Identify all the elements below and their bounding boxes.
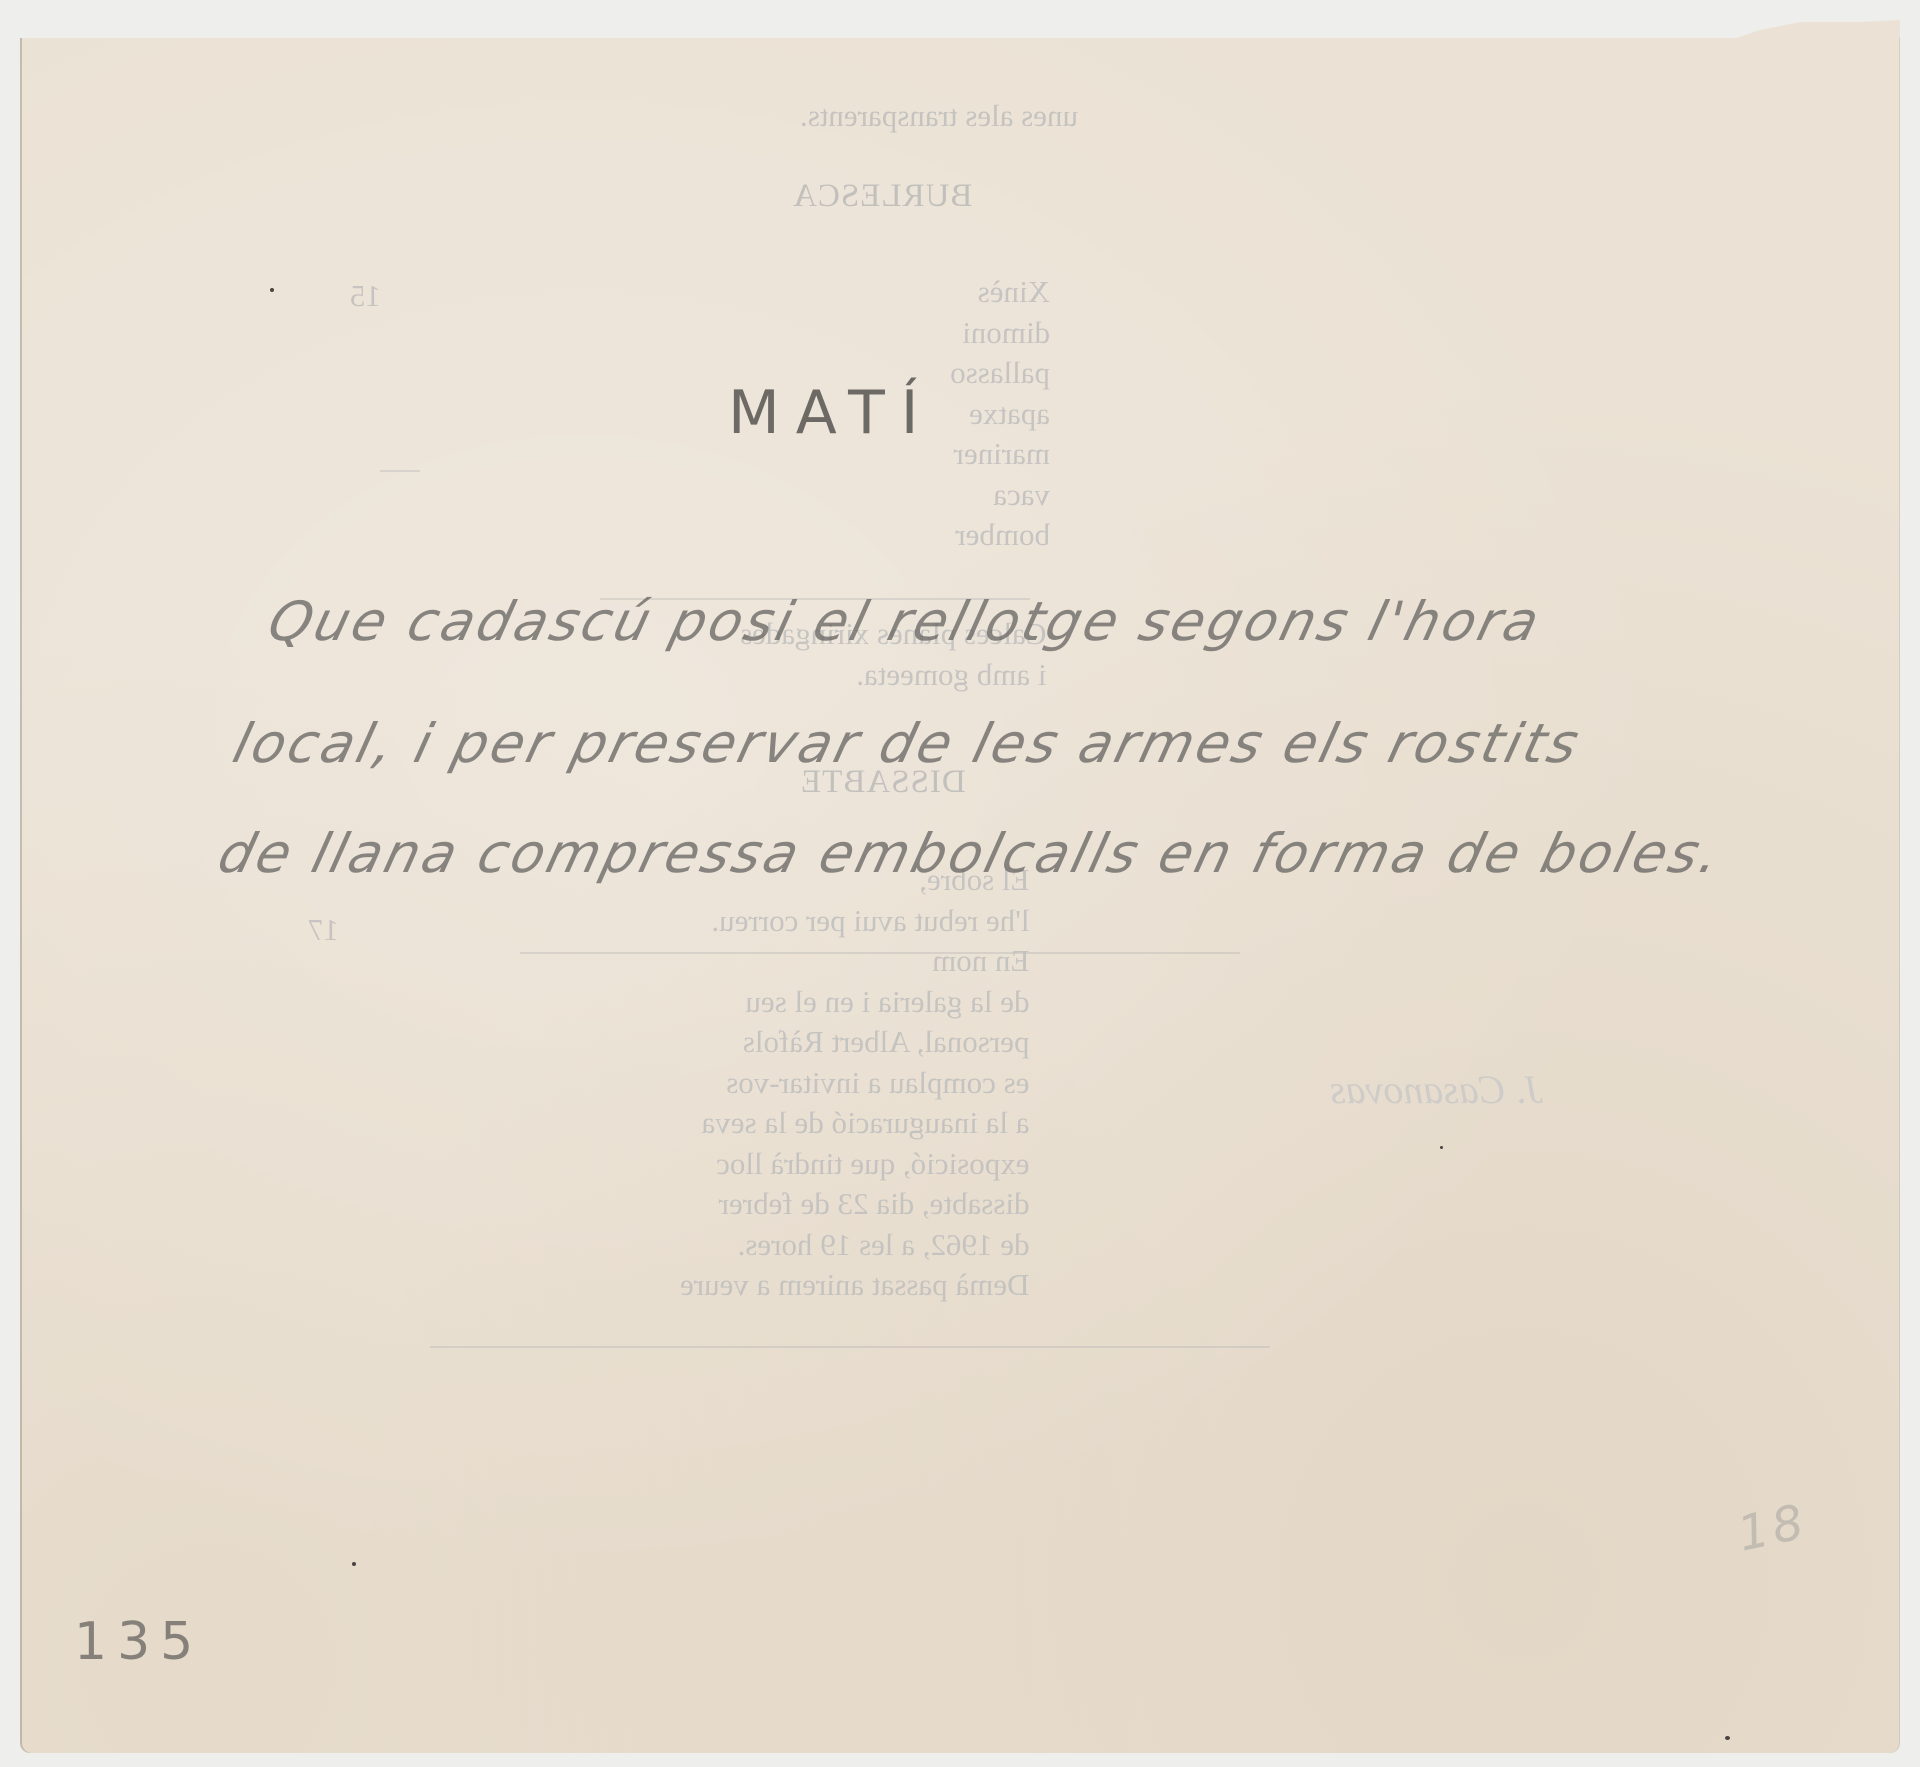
- handwritten-line-1: Que cadascú posi el rellotge segons l'ho…: [262, 590, 1548, 653]
- line: de la galeria i en el seu: [680, 982, 1029, 1023]
- word: dimoni: [950, 313, 1050, 354]
- show-through-heading-burlesca: BURLESCA: [792, 176, 972, 216]
- show-through-page-number: 15: [350, 276, 381, 316]
- line: a la inauguració de la seva: [680, 1103, 1029, 1144]
- folio-number: 135: [74, 1612, 203, 1672]
- line: l'he rebut avui per correu.: [680, 901, 1029, 942]
- show-through-line: unes ales transparents.: [800, 96, 1078, 136]
- paper-speck: [352, 1562, 356, 1566]
- line: es complau a invitar-vos: [680, 1063, 1029, 1104]
- handwritten-line-3: de llana compressa embolcalls en forma d…: [212, 822, 1729, 885]
- word: mariner: [950, 434, 1050, 475]
- word: Xinès: [950, 272, 1050, 313]
- line: personal, Albert Ràfols: [680, 1022, 1029, 1063]
- paper-speck: [1440, 1146, 1443, 1149]
- paper-speck: [270, 288, 274, 292]
- show-through-page-number: 17: [308, 910, 339, 950]
- paper-speck: [1725, 1736, 1730, 1740]
- line: exposició, que tindrà lloc: [680, 1144, 1029, 1185]
- word: bomber: [950, 515, 1050, 556]
- line: En nom: [680, 941, 1029, 982]
- divider: [430, 1346, 1270, 1348]
- line: dissabte, dia 23 de febrer: [680, 1184, 1029, 1225]
- line: de 1962, a les 19 hores.: [680, 1225, 1029, 1266]
- word: pallasso: [950, 353, 1050, 394]
- handwritten-title: MATÍ: [728, 378, 935, 448]
- handwritten-line-2: local, i per preservar de les armes els …: [227, 712, 1588, 775]
- line: Demà passat anirem a veure: [680, 1265, 1029, 1306]
- show-through-signature: J. Casanovas: [1330, 1070, 1543, 1110]
- line: i amb gomeeta.: [740, 655, 1046, 696]
- show-through-letter: El sobre, l'he rebut avui per correu. En…: [680, 860, 1029, 1306]
- word: vaca: [950, 475, 1050, 516]
- word: apatxe: [950, 394, 1050, 435]
- show-through-word-list: Xinès dimoni pallasso apatxe mariner vac…: [950, 272, 1050, 556]
- divider: [380, 470, 420, 472]
